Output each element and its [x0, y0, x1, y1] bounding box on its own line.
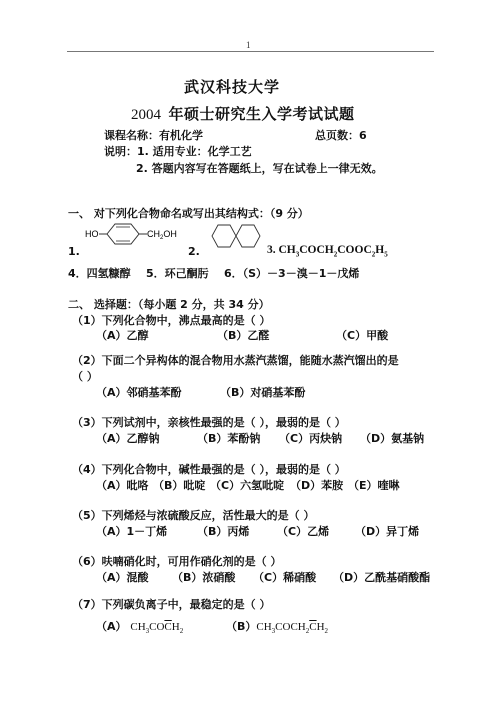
hydroxybenzyl-alcohol-structure: HO CH2OH — [85, 222, 185, 252]
exam-year: 2004 — [131, 107, 161, 123]
exam-title: 2004 年硕士研究生入学考试试题 — [131, 103, 355, 124]
item-3-number: 3. — [267, 244, 276, 256]
item-4: 4．四氢糠醇 — [68, 267, 131, 280]
q3-option-c: （C）丙炔钠 — [279, 430, 342, 446]
section-1-heading: 一、 对下列化合物命名或写出其结构式：（9 分） — [68, 205, 309, 221]
q3-option-a: （A）乙醇钠 — [96, 430, 160, 446]
q7-option-b-label: （B） — [226, 620, 256, 633]
q4-option-c: （C）六氢吡啶 — [210, 477, 284, 493]
item-1-number: 1. — [68, 245, 80, 258]
q2-option-a: （A）邻硝基苯酚 — [96, 384, 182, 400]
q5-option-b: （B）丙烯 — [197, 523, 249, 539]
q5-option-d: （D）异丁烯 — [355, 523, 419, 539]
header-rule — [67, 51, 434, 52]
question-4: （4）下列化合物中，碱性最强的是（ ），最弱的是（ ） — [72, 461, 346, 477]
q1-option-c: （C）甲酸 — [336, 327, 388, 343]
q4-option-b: （B）吡啶 — [153, 477, 205, 493]
item-3-formula: 3. CH3COCH2COOC2H5 — [267, 244, 388, 258]
item-5: 5．环己酮肟 — [146, 267, 209, 280]
note-2: 2. 答题内容写在答题纸上，写在试卷上一律无效。 — [136, 160, 383, 176]
q5-option-a: （A）1－丁烯 — [96, 523, 167, 539]
question-1: （1）下列化合物中，沸点最高的是（ ） — [72, 312, 270, 328]
question-3: （3）下列试剂中，亲核性最强的是（ ），最弱的是（ ） — [72, 414, 346, 430]
ho-label: HO — [85, 229, 99, 239]
question-2-blank: （ ） — [72, 368, 98, 384]
q4-option-a: （A）吡咯 — [96, 477, 149, 493]
q1-option-b: （B）乙醛 — [217, 327, 269, 343]
section-2-heading: 二、 选择题：（每小题 2 分，共 34 分） — [68, 296, 270, 312]
item-2-number: 2. — [188, 245, 200, 258]
q5-option-c: （C）乙烯 — [277, 523, 329, 539]
q6-option-a: （A）混酸 — [96, 569, 149, 585]
ch2oh-label: CH2OH — [147, 229, 177, 241]
decalin-structure — [210, 222, 262, 252]
q6-option-b: （B）浓硝酸 — [172, 569, 235, 585]
q7-option-a-label: （A） — [96, 620, 127, 633]
q6-option-d: （D）乙酰基硝酸酯 — [333, 569, 430, 585]
total-pages: 总页数：6 — [315, 127, 367, 143]
page-number: 1 — [246, 40, 251, 50]
q7-option-a: （A） CH3COCH2 — [96, 618, 183, 635]
q7-option-b-formula: CH3COCH2CH2 — [256, 621, 328, 633]
q4-option-e: （E）喹啉 — [348, 477, 400, 493]
q1-option-a: （A）乙醇 — [96, 327, 149, 343]
question-2: （2）下面二个异构体的混合物用水蒸汽蒸馏，能随水蒸汽馏出的是 — [72, 352, 399, 368]
q6-option-c: （C）稀硝酸 — [253, 569, 316, 585]
item-6: 6．（S）－3－溴－1－戊烯 — [224, 267, 359, 280]
items-4-6: 4．四氢糠醇 5．环己酮肟 6．（S）－3－溴－1－戊烯 — [68, 265, 359, 281]
q4-option-d: （D）苯胺 — [290, 477, 343, 493]
question-7: （7）下列碳负离子中，最稳定的是（ ） — [72, 596, 270, 612]
note-1: 说明：1. 适用专业：化学工艺 — [104, 143, 252, 159]
q7-option-a-formula: CH3COCH2 — [130, 621, 183, 633]
q7-option-b: （B）CH3COCH2CH2 — [226, 618, 328, 635]
exam-title-text: 年硕士研究生入学考试试题 — [169, 105, 355, 123]
q3-option-b: （B）苯酚钠 — [197, 430, 260, 446]
q3-option-d: （D）氨基钠 — [360, 430, 424, 446]
course-name: 课程名称：有机化学 — [104, 127, 203, 143]
q2-option-b: （B）对硝基苯酚 — [220, 384, 305, 400]
university-name: 武汉科技大学 — [184, 76, 280, 97]
question-5: （5）下列烯烃与浓硫酸反应，活性最大的是（ ） — [72, 507, 314, 523]
question-6: （6）呋喃硝化时，可用作硝化剂的是（ ） — [72, 553, 281, 569]
